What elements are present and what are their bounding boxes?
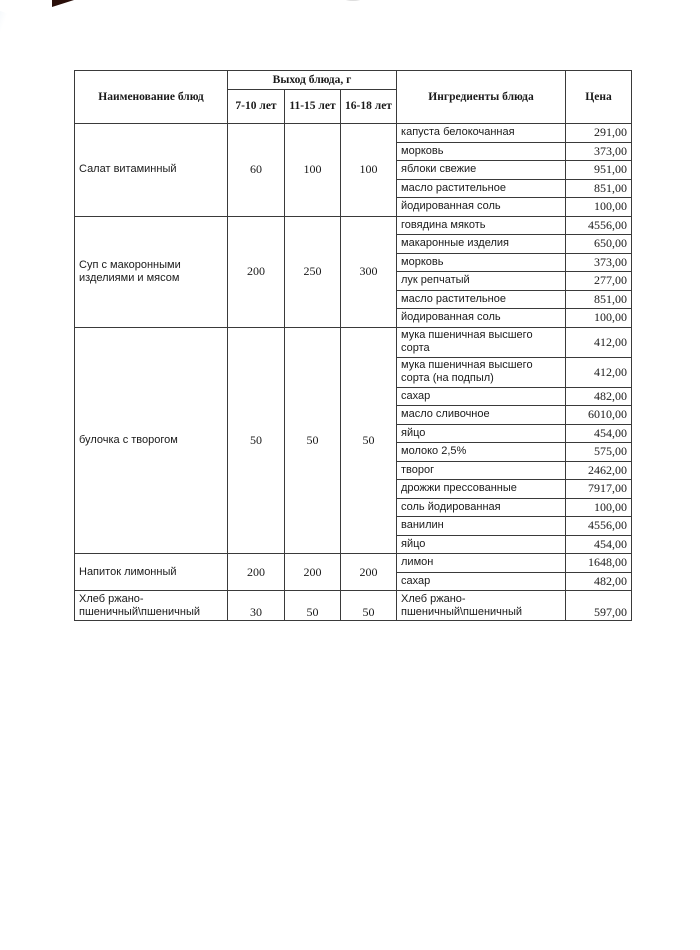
dish-yield: 200 [228, 554, 285, 591]
ingredient-name: сахар [397, 572, 566, 591]
ingredient-price: 482,00 [566, 387, 632, 406]
table-header: Наименование блюд Выход блюда, г Ингреди… [75, 71, 632, 124]
ingredient-name: говядина мякоть [397, 216, 566, 235]
ingredient-name: масло растительное [397, 290, 566, 309]
ingredient-name: лук репчатый [397, 272, 566, 291]
ingredient-price: 7917,00 [566, 480, 632, 499]
ingredient-name: яблоки свежие [397, 161, 566, 180]
dish-yield: 300 [341, 216, 397, 327]
dish-yield: 50 [341, 591, 397, 621]
ingredient-name: масло растительное [397, 179, 566, 198]
table-row: Суп с макоронными изделиями и мясом20025… [75, 216, 632, 235]
dish-yield: 100 [285, 124, 341, 217]
ingredient-name: ванилин [397, 517, 566, 536]
dish-yield: 50 [341, 327, 397, 554]
ingredient-price: 4556,00 [566, 216, 632, 235]
ingredient-price: 951,00 [566, 161, 632, 180]
ingredient-price: 575,00 [566, 443, 632, 462]
dish-name: Хлеб ржано-пшеничный\пшеничный [75, 591, 228, 621]
ingredient-price: 4556,00 [566, 517, 632, 536]
ingredient-name: морковь [397, 253, 566, 272]
dish-yield: 250 [285, 216, 341, 327]
ingredient-price: 6010,00 [566, 406, 632, 425]
header-ingredients: Ингредиенты блюда [397, 71, 566, 124]
ingredient-name: капуста белокочанная [397, 124, 566, 143]
table-body: Салат витаминный60100100капуста белокоча… [75, 124, 632, 621]
header-yield-group: Выход блюда, г [228, 71, 397, 90]
table-row: Салат витаминный60100100капуста белокоча… [75, 124, 632, 143]
menu-table: Наименование блюд Выход блюда, г Ингреди… [74, 70, 632, 621]
ingredient-name: яйцо [397, 424, 566, 443]
ingredient-price: 454,00 [566, 424, 632, 443]
ingredient-name: йодированная соль [397, 309, 566, 328]
ingredient-price: 412,00 [566, 327, 632, 357]
ingredient-price: 100,00 [566, 198, 632, 217]
ingredient-price: 2462,00 [566, 461, 632, 480]
ingredient-price: 597,00 [566, 591, 632, 621]
dish-yield: 200 [285, 554, 341, 591]
dish-yield: 30 [228, 591, 285, 621]
ingredient-price: 373,00 [566, 253, 632, 272]
ingredient-price: 482,00 [566, 572, 632, 591]
dish-name: булочка с творогом [75, 327, 228, 554]
ingredient-price: 373,00 [566, 142, 632, 161]
ingredient-name: лимон [397, 554, 566, 573]
ingredient-price: 1648,00 [566, 554, 632, 573]
ingredient-name: соль йодированная [397, 498, 566, 517]
dish-name: Салат витаминный [75, 124, 228, 217]
ingredient-price: 851,00 [566, 179, 632, 198]
scan-smudge [345, 0, 361, 1]
ingredient-name: молоко 2,5% [397, 443, 566, 462]
ingredient-name: Хлеб ржано-пшеничный\пшеничный [397, 591, 566, 621]
ingredient-name: мука пшеничная высшего сорта [397, 327, 566, 357]
ingredient-price: 100,00 [566, 498, 632, 517]
header-price: Цена [566, 71, 632, 124]
ingredient-name: творог [397, 461, 566, 480]
dish-yield: 50 [285, 591, 341, 621]
ingredient-name: яйцо [397, 535, 566, 554]
table-row: Хлеб ржано-пшеничный\пшеничный305050Хлеб… [75, 591, 632, 621]
ingredient-price: 650,00 [566, 235, 632, 254]
scan-corner-mark [52, 0, 74, 7]
ingredient-name: сахар [397, 387, 566, 406]
dish-yield: 200 [228, 216, 285, 327]
ingredient-price: 291,00 [566, 124, 632, 143]
ingredient-name: морковь [397, 142, 566, 161]
ingredient-price: 454,00 [566, 535, 632, 554]
header-dish-name: Наименование блюд [75, 71, 228, 124]
ingredient-price: 100,00 [566, 309, 632, 328]
dish-yield: 60 [228, 124, 285, 217]
header-age-7-10: 7-10 лет [228, 90, 285, 124]
ingredient-price: 277,00 [566, 272, 632, 291]
page-edge-shadow [0, 0, 8, 202]
ingredient-name: йодированная соль [397, 198, 566, 217]
dish-name: Суп с макоронными изделиями и мясом [75, 216, 228, 327]
dish-yield: 50 [285, 327, 341, 554]
header-age-16-18: 16-18 лет [341, 90, 397, 124]
ingredient-name: масло сливочное [397, 406, 566, 425]
ingredient-name: дрожжи прессованные [397, 480, 566, 499]
ingredient-price: 851,00 [566, 290, 632, 309]
ingredient-price: 412,00 [566, 357, 632, 387]
table-row: булочка с творогом505050мука пшеничная в… [75, 327, 632, 357]
dish-yield: 100 [341, 124, 397, 217]
ingredient-name: мука пшеничная высшего сорта (на подпыл) [397, 357, 566, 387]
table-row: Напиток лимонный200200200лимон1648,00 [75, 554, 632, 573]
dish-yield: 50 [228, 327, 285, 554]
dish-yield: 200 [341, 554, 397, 591]
dish-name: Напиток лимонный [75, 554, 228, 591]
header-age-11-15: 11-15 лет [285, 90, 341, 124]
ingredient-name: макаронные изделия [397, 235, 566, 254]
